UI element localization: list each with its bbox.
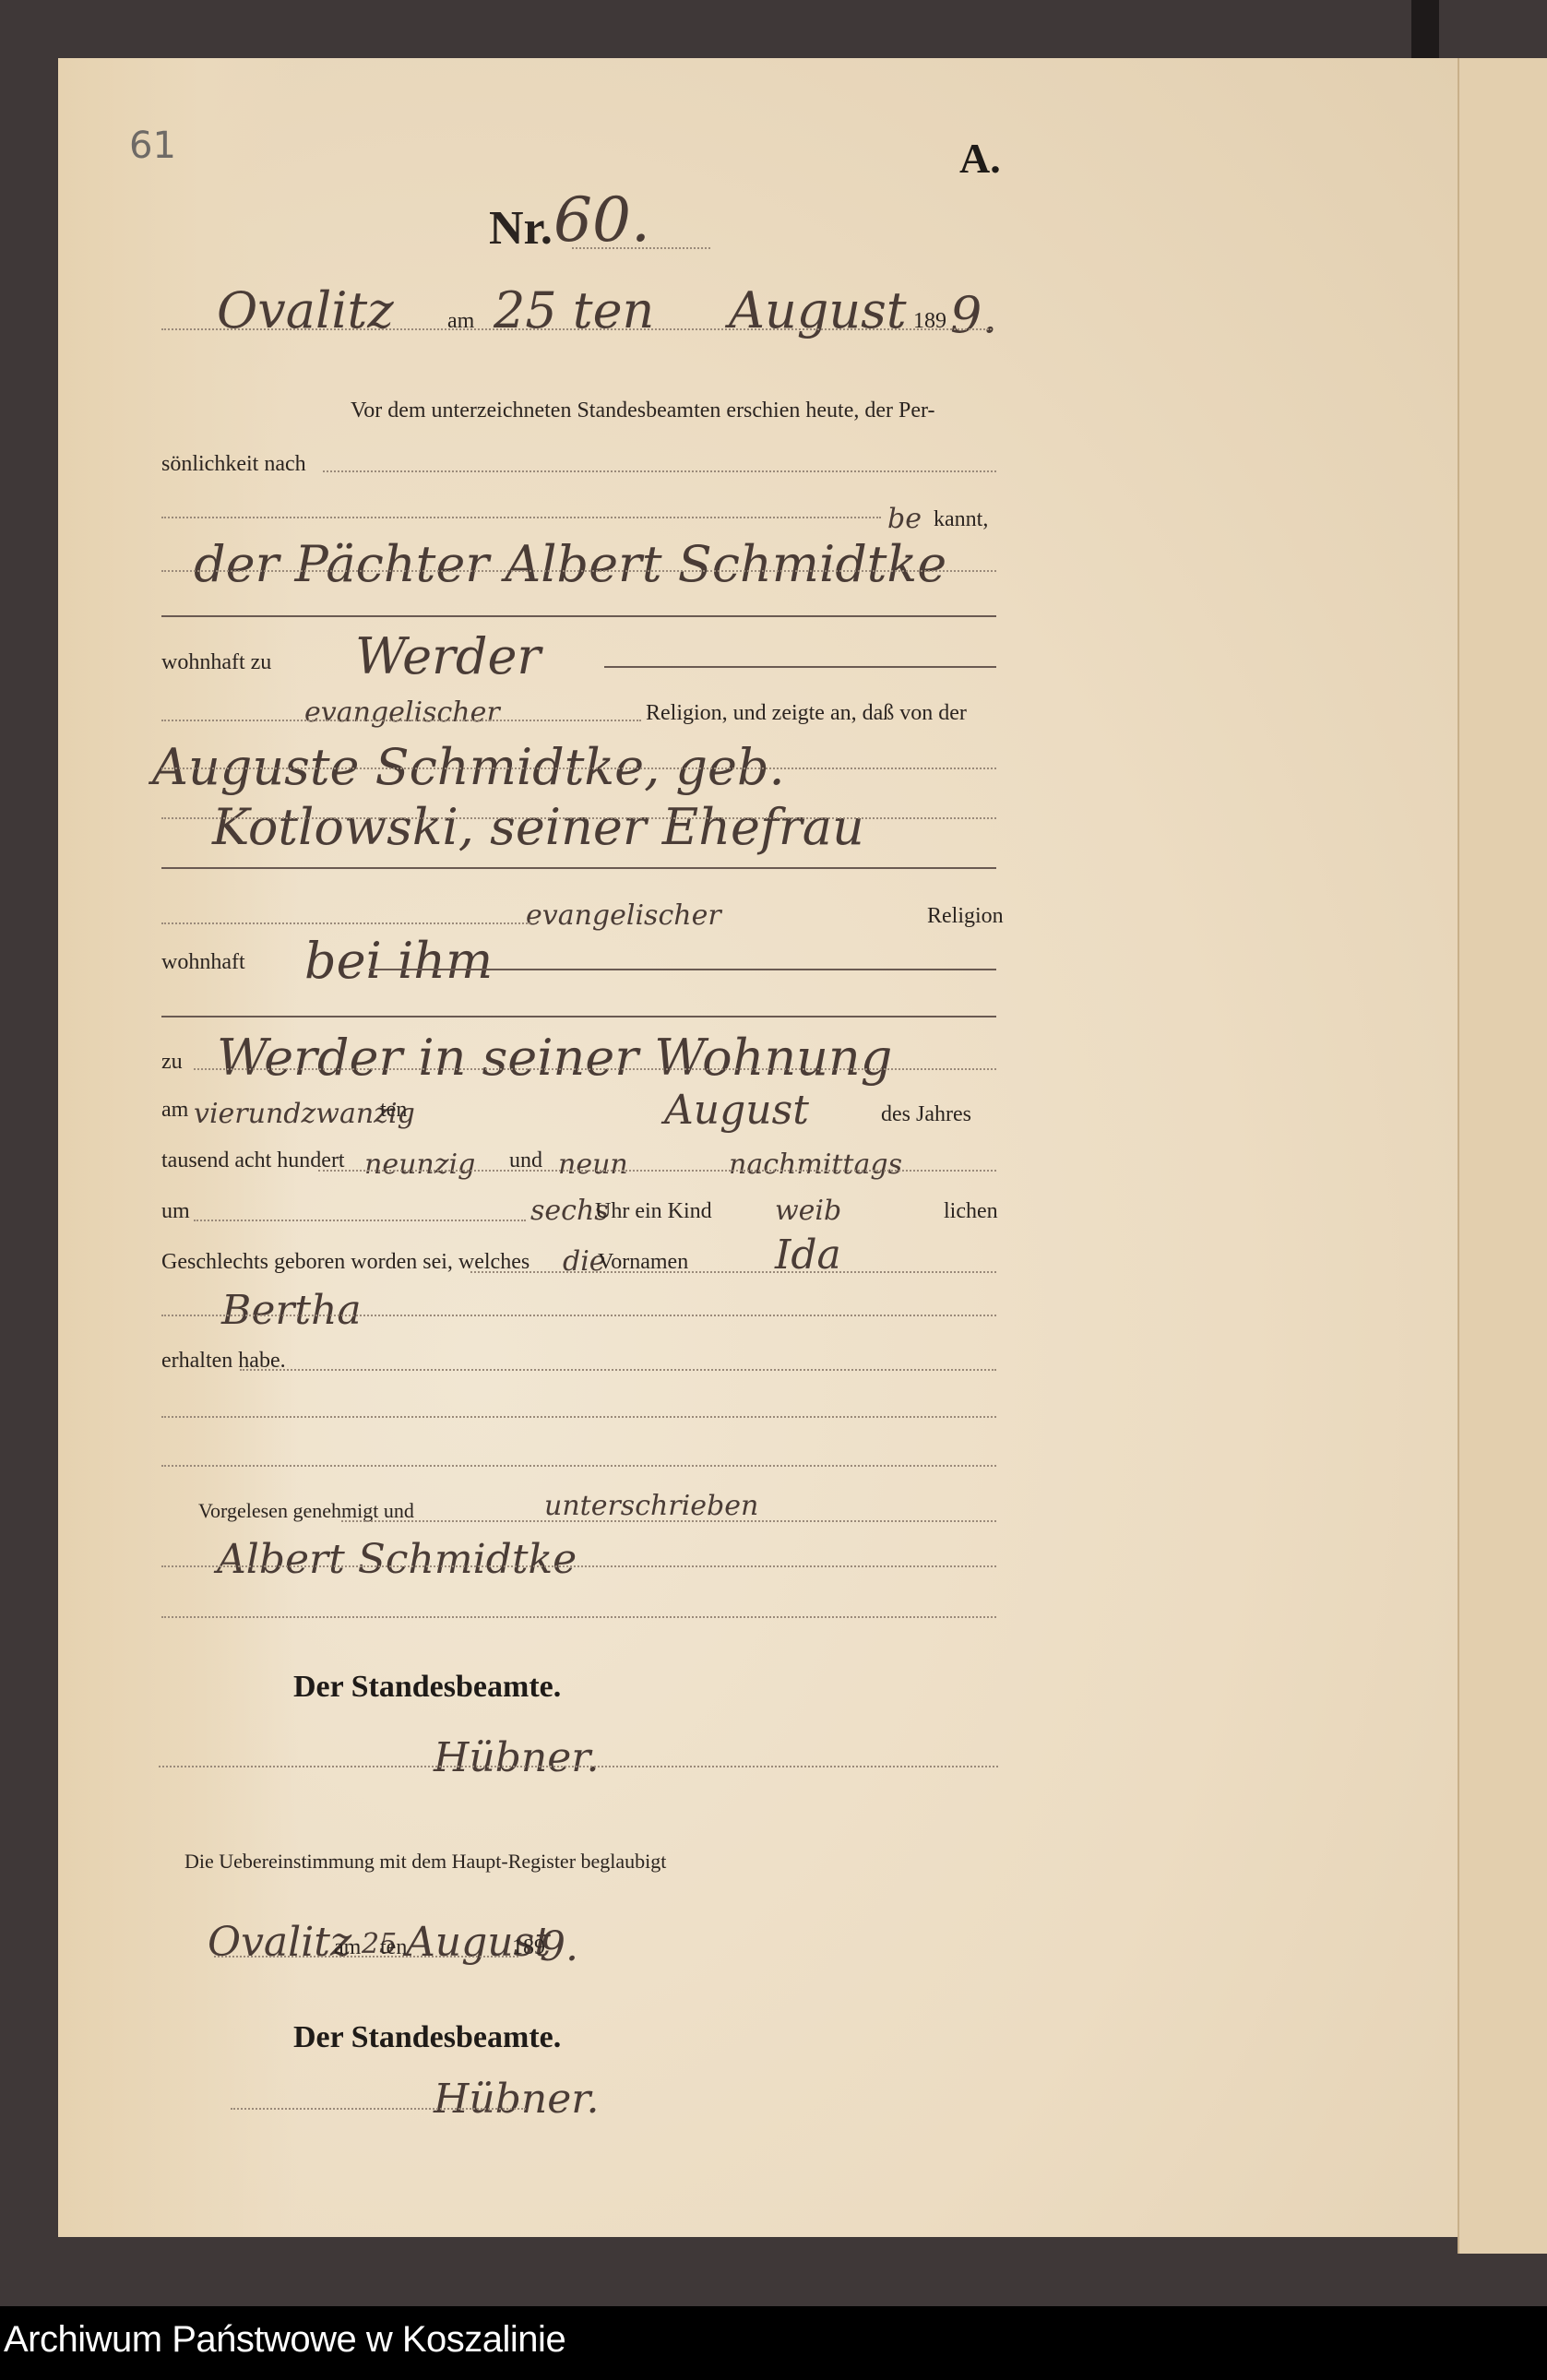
dotted-line (161, 1465, 996, 1467)
dotted-line (161, 817, 996, 819)
am-label: am (161, 1098, 188, 1123)
dotted-line (194, 1068, 996, 1070)
zu-label: zu (161, 1050, 183, 1075)
religion-label: Religion (927, 904, 1004, 929)
cert-place: Ovalitz (208, 1919, 351, 1966)
unterschrieben: unterschrieben (544, 1490, 758, 1522)
second-name: Bertha (221, 1287, 362, 1334)
cert-official-title: Der Standesbeamte. (293, 2020, 561, 2055)
declarant-name: der Pächter Albert Schmidtke (194, 535, 946, 593)
wohnhaft-zu-label: wohnhaft zu (161, 650, 271, 675)
dotted-line (161, 1416, 996, 1418)
religion-statement: Religion, und zeigte an, daß von der (646, 701, 967, 726)
book-spine (1411, 0, 1439, 58)
date-day: 25 ten (494, 281, 654, 339)
father-religion: evangelischer (304, 696, 500, 729)
dotted-line (194, 1220, 526, 1221)
child-sex: weib (775, 1195, 841, 1227)
dotted-line (572, 247, 710, 249)
dotted-line (214, 1956, 518, 1958)
record-number-label: Nr. (489, 201, 553, 256)
official-title: Der Standesbeamte. (293, 1670, 561, 1705)
ten-suffix: ten (380, 1098, 407, 1123)
dotted-line (161, 768, 996, 769)
series-letter: A. (959, 134, 1001, 183)
birth-month: August (664, 1087, 809, 1134)
dotted-line (161, 1616, 996, 1618)
bekannt-print: kannt, (934, 507, 988, 532)
lichen-suffix: lichen (944, 1199, 998, 1224)
ink-rule (604, 666, 996, 668)
dotted-line (161, 517, 881, 518)
water-stain (58, 58, 298, 2237)
birth-unit: neun (558, 1148, 628, 1181)
wohnhaft-label: wohnhaft (161, 950, 245, 975)
cert-official-signature: Hübner. (434, 2076, 599, 2123)
dotted-line (323, 470, 996, 472)
des-jahres-label: des Jahres (881, 1102, 971, 1127)
certification-text: Die Uebereinstimmung mit dem Haupt-Regis… (184, 1850, 666, 1874)
ink-rule (161, 615, 996, 617)
birthplace: Werder in seiner Wohnung (217, 1029, 892, 1087)
intro-text: Vor dem unterzeichneten Standesbeamten e… (351, 399, 935, 423)
persoenlichkeit-label: sönlichkeit nach (161, 452, 306, 477)
dotted-line (161, 328, 992, 330)
dotted-line (318, 1170, 996, 1172)
dotted-line (161, 922, 530, 924)
record-number-value: 60. (553, 184, 650, 256)
bekannt-hand: be (887, 503, 922, 535)
wohnhaft-value: bei ihm (304, 932, 493, 990)
year-suffix: 9. (950, 286, 998, 344)
archive-name: Archiwum Państwowe w Koszalinie (4, 2319, 565, 2361)
place-name: Ovalitz (217, 281, 394, 339)
tausend-label: tausend acht hundert (161, 1148, 345, 1173)
um-label: um (161, 1199, 190, 1224)
date-month: August (729, 281, 907, 339)
archive-footer: Archiwum Państwowe w Koszalinie (0, 2306, 1547, 2380)
mother-religion: evangelischer (526, 899, 721, 932)
uhr-kind-label: Uhr ein Kind (595, 1199, 712, 1224)
ink-rule (161, 1016, 996, 1017)
ink-rule (161, 867, 996, 869)
wohnhaft-zu-value: Werder (355, 627, 541, 685)
mother-name-line2: Kotlowski, seiner Ehefrau (212, 798, 864, 856)
folio-number: 61 (129, 125, 176, 167)
register-page (58, 58, 1458, 2237)
dotted-line (470, 1271, 996, 1273)
dotted-line (231, 2108, 526, 2110)
dotted-line (161, 1315, 996, 1316)
dotted-line (161, 570, 996, 572)
dotted-line (240, 1369, 996, 1371)
dotted-line (341, 1520, 996, 1522)
cert-year-suffix: 9. (540, 1923, 578, 1970)
dotted-line (161, 720, 641, 721)
ink-rule (369, 969, 996, 970)
time-of-day: nachmittags (729, 1148, 902, 1181)
declarant-signature: Albert Schmidtke (217, 1536, 577, 1583)
birth-decade: neunzig (364, 1148, 475, 1181)
official-signature: Hübner. (434, 1734, 599, 1781)
dotted-line (161, 1565, 996, 1567)
dotted-line (159, 1766, 998, 1767)
adjacent-page-edge (1458, 58, 1547, 2254)
